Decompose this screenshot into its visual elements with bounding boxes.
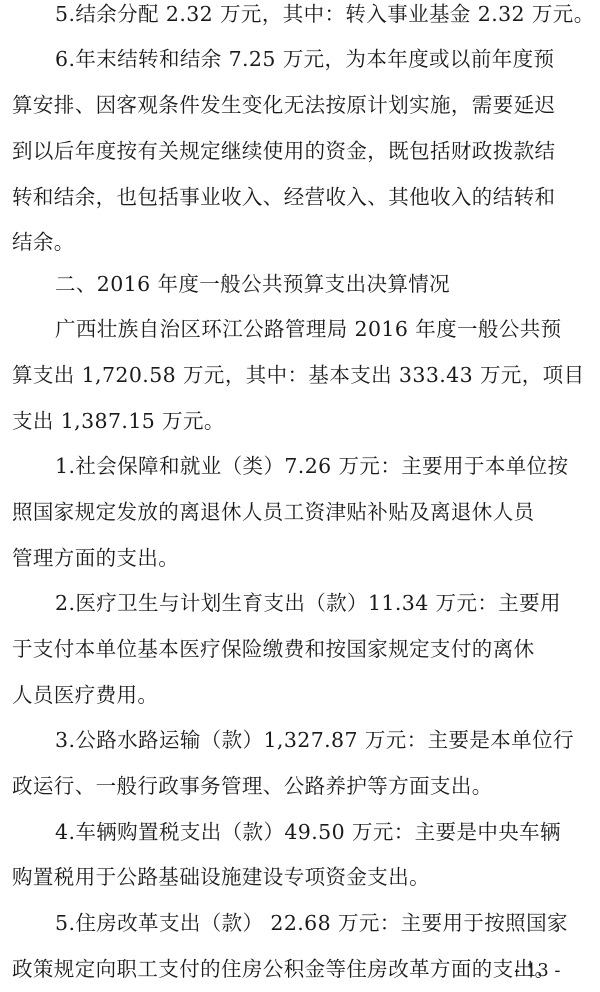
text-line: 二、2016 年度一般公共预算支出决算情况 (55, 270, 450, 298)
text-line: 人员医疗费用。 (12, 681, 158, 709)
text-line: 支出 1,387.15 万元。 (12, 407, 225, 435)
text-line: 购置税用于公路基础设施建设专项资金支出。 (12, 863, 430, 891)
text-line: 5.结余分配 2.32 万元，其中：转入事业基金 2.32 万元。 (55, 0, 595, 28)
text-line: 2.医疗卫生与计划生育支出（款）11.34 万元：主要用 (55, 589, 561, 617)
text-line: 6.年末结转和结余 7.25 万元，为本年度或以前年度预 (55, 45, 554, 73)
text-line: 算安排、因客观条件发生变化无法按原计划实施，需要延迟 (12, 91, 555, 119)
text-line: 结余。 (12, 228, 75, 256)
text-line: 4.车辆购置税支出（款）49.50 万元：主要是中央车辆 (55, 818, 561, 846)
text-line: 政策规定向职工支付的住房公积金等住房改革方面的支出。 (12, 955, 555, 983)
text-line: 照国家规定发放的离退休人员工资津贴补贴及离退休人员 (12, 498, 535, 526)
document-page: 5.结余分配 2.32 万元，其中：转入事业基金 2.32 万元。6.年末结转和… (0, 0, 600, 992)
text-line: 5.住房改革支出（款） 22.68 万元：主要用于按照国家 (55, 909, 568, 937)
page-number: - 13 - (514, 959, 561, 983)
text-line: 算支出 1,720.58 万元，其中：基本支出 333.43 万元，项目 (12, 361, 584, 389)
text-line: 1.社会保障和就业（类）7.26 万元：主要用于本单位按 (55, 452, 568, 480)
text-line: 管理方面的支出。 (12, 544, 179, 572)
text-line: 于支付本单位基本医疗保险缴费和按国家规定支付的离休 (12, 635, 535, 663)
text-line: 广西壮族自治区环江公路管理局 2016 年度一般公共预 (55, 315, 562, 343)
text-line: 3.公路水路运输（款）1,327.87 万元：主要是本单位行 (55, 726, 574, 754)
text-line: 转和结余，也包括事业收入、经营收入、其他收入的结转和 (12, 183, 555, 211)
text-line: 到以后年度按有关规定继续使用的资金，既包括财政拨款结 (12, 137, 555, 165)
text-line: 政运行、一般行政事务管理、公路养护等方面支出。 (12, 772, 493, 800)
